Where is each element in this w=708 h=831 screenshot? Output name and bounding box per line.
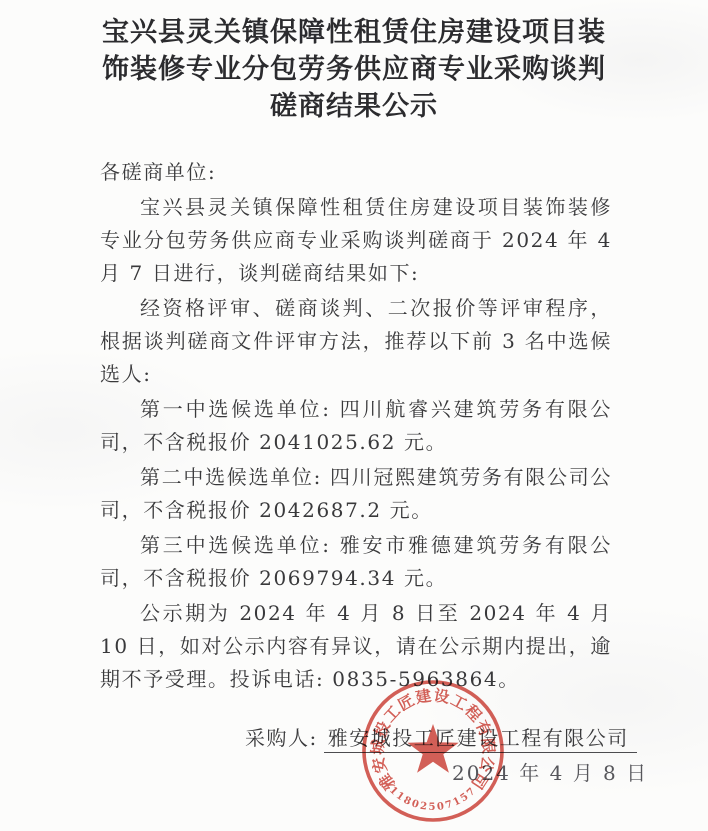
paragraph-intro: 宝兴县灵关镇保障性租赁住房建设项目装饰装修专业分包劳务供应商专业采购谈判磋商于 … — [100, 191, 612, 290]
title-line-2: 饰装修专业分包劳务供应商专业采购谈判 — [0, 51, 708, 88]
purchaser-name: 雅安城投工匠建设工程有限公司 — [324, 722, 637, 753]
signature-date: 2024 年 4 月 8 日 — [452, 757, 648, 786]
seal-bottom-arc-path — [388, 789, 478, 810]
salutation: 各磋商单位: — [100, 156, 612, 189]
title-line-1: 宝兴县灵关镇保障性租赁住房建设项目装 — [0, 14, 708, 51]
paragraph-publicity-period: 公示期为 2024 年 4 月 8 日至 2024 年 4 月 10 日，如对公… — [100, 597, 612, 696]
document-body: 各磋商单位: 宝兴县灵关镇保障性租赁住房建设项目装饰装修专业分包劳务供应商专业采… — [0, 156, 708, 696]
paragraph-candidate-3: 第三中选候选单位: 雅安市雅德建筑劳务有限公司，不含税报价 2069794.34… — [100, 529, 612, 595]
document-title: 宝兴县灵关镇保障性租赁住房建设项目装 饰装修专业分包劳务供应商专业采购谈判 磋商… — [0, 0, 708, 125]
purchaser-label: 采购人: — [245, 726, 318, 750]
paragraph-candidate-2: 第二中选候选单位: 四川冠熙建筑劳务有限公司公司，不含税报价 2042687.2… — [100, 461, 612, 527]
paragraph-evaluation: 经资格评审、磋商谈判、二次报价等评审程序，根据谈判磋商文件评审方法，推荐以下前 … — [100, 292, 612, 391]
paragraph-candidate-1: 第一中选候选单位: 四川航睿兴建筑劳务有限公司，不含税报价 2041025.62… — [100, 393, 612, 459]
title-line-3: 磋商结果公示 — [0, 88, 708, 125]
document-page: 宝兴县灵关镇保障性租赁住房建设项目装 饰装修专业分包劳务供应商专业采购谈判 磋商… — [0, 0, 708, 831]
purchaser-line: 采购人:雅安城投工匠建设工程有限公司 — [245, 722, 637, 753]
